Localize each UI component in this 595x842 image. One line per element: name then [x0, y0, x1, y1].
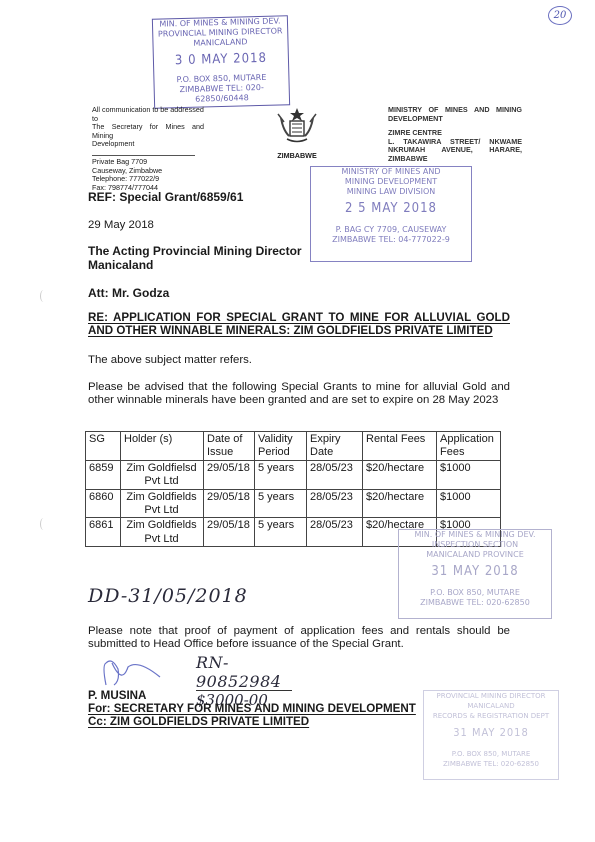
stamp-line: MINING LAW DIVISION: [311, 187, 471, 197]
table-row: 6859 Zim Goldfielsd Pvt Ltd 29/05/18 5 y…: [86, 460, 501, 489]
page-number-mark: 20: [548, 6, 572, 25]
subject-line2-text: AND OTHER WINNABLE MINERALS: ZIM GOLDFIE…: [88, 324, 493, 337]
header-application: Application Fees: [437, 432, 501, 461]
for-line-text: For: SECRETARY FOR MINES AND MINING DEVE…: [88, 702, 416, 715]
attention-line: Att: Mr. Godza: [88, 286, 169, 300]
cell-rental: $20/hectare: [363, 460, 437, 489]
stamp-line: MINING DEVELOPMENT: [311, 177, 471, 187]
stamp-line: MANICALAND PROVINCE: [399, 550, 551, 560]
table-row: 6860 Zim Goldfields Pvt Ltd 29/05/18 5 y…: [86, 489, 501, 518]
addressee: The Acting Provincial Mining Director Ma…: [88, 244, 302, 272]
addressee-line1: The Acting Provincial Mining Director: [88, 244, 302, 258]
cell-validity: 5 years: [255, 518, 307, 547]
letterhead-right-line6: ZIMBABWE: [388, 155, 522, 164]
paragraph-3: Please note that proof of payment of app…: [88, 625, 510, 652]
cell-holder: Zim Goldfields Pvt Ltd: [121, 518, 204, 547]
cell-holder: Zim Goldfielsd Pvt Ltd: [121, 460, 204, 489]
header-expiry: Expiry Date: [307, 432, 363, 461]
cell-expiry: 28/05/23: [307, 489, 363, 518]
cell-application: $1000: [437, 489, 501, 518]
header-validity: Validity Period: [255, 432, 307, 461]
stamp-line: ZIMBABWE TEL: 020-62850/60448: [155, 82, 289, 106]
stamp-line: P. BAG CY 7709, CAUSEWAY: [311, 225, 471, 235]
stamp-line: INSPECTION SECTION: [399, 540, 551, 550]
stamp-line: MINISTRY OF MINES AND: [311, 167, 471, 177]
cell-issue: 29/05/18: [204, 489, 255, 518]
header-holder: Holder (s): [121, 432, 204, 461]
cell-sg: 6861: [86, 518, 121, 547]
margin-mark: [40, 518, 47, 530]
cell-validity: 5 years: [255, 460, 307, 489]
signatory-name: P. MUSINA: [88, 689, 416, 702]
subject-line1-text: RE: APPLICATION FOR SPECIAL GRANT TO MIN…: [88, 311, 510, 324]
cc-line-text: Cc: ZIM GOLDFIELDS PRIVATE LIMITED: [88, 715, 309, 728]
cell-expiry: 28/05/23: [307, 460, 363, 489]
paragraph-1: The above subject matter refers.: [88, 354, 252, 367]
cell-issue: 29/05/18: [204, 460, 255, 489]
table-header-row: SG Holder (s) Date of Issue Validity Per…: [86, 432, 501, 461]
letterhead-left-line1: All communication to be addressed to: [92, 106, 204, 123]
cc-line: Cc: ZIM GOLDFIELDS PRIVATE LIMITED: [88, 715, 416, 728]
cell-rental: $20/hectare: [363, 489, 437, 518]
cell-application: $1000: [437, 460, 501, 489]
stamp-date: 2 5 MAY 2018: [311, 200, 471, 217]
header-date-of-issue: Date of Issue: [204, 432, 255, 461]
paragraph-2: Please be advised that the following Spe…: [88, 381, 510, 408]
stamp-line: ZIMBABWE TEL: 020-62850: [424, 759, 558, 769]
subject: RE: APPLICATION FOR SPECIAL GRANT TO MIN…: [88, 311, 510, 338]
cell-issue: 29/05/18: [204, 518, 255, 547]
reference: REF: Special Grant/6859/61: [88, 190, 243, 204]
cell-sg: 6860: [86, 489, 121, 518]
stamp-line: PROVINCIAL MINING DIRECTOR: [424, 691, 558, 701]
margin-mark: [40, 290, 47, 302]
stamp-line: MANICALAND: [424, 701, 558, 711]
receipt-number-text: RN-90852984: [196, 653, 296, 691]
header-rental: Rental Fees: [363, 432, 437, 461]
letterhead-right-line2: DEVELOPMENT: [388, 115, 522, 124]
coat-of-arms: ZIMBABWE: [270, 106, 324, 161]
stamp-date: 3 0 MAY 2018: [154, 49, 288, 70]
letterhead-divider: [92, 155, 195, 156]
stamp-line: ZIMBABWE TEL: 020-62850: [399, 598, 551, 608]
signatory: P. MUSINA For: SECRETARY FOR MINES AND M…: [88, 689, 416, 729]
subject-line1: RE: APPLICATION FOR SPECIAL GRANT TO MIN…: [88, 311, 510, 324]
letterhead-left-line2: The Secretary for Mines and Mining: [92, 123, 204, 140]
cell-holder: Zim Goldfields Pvt Ltd: [121, 489, 204, 518]
letterhead-left: All communication to be addressed to The…: [92, 106, 204, 192]
for-line: For: SECRETARY FOR MINES AND MINING DEVE…: [88, 702, 416, 715]
letterhead-right: MINISTRY OF MINES AND MINING DEVELOPMENT…: [388, 106, 522, 164]
letterhead-left-line3: Development: [92, 140, 204, 149]
stamp-line: MIN. OF MINES & MINING DEV.: [399, 530, 551, 540]
cell-sg: 6859: [86, 460, 121, 489]
page-number-text: 20: [554, 10, 567, 21]
stamp-line: RECORDS & REGISTRATION DEPT: [424, 711, 558, 721]
addressee-line2: Manicaland: [88, 258, 302, 272]
handwritten-received-date: DD-31/05/2018: [88, 585, 248, 607]
cell-validity: 5 years: [255, 489, 307, 518]
stamp-provincial-mining-director: MIN. OF MINES & MINING DEV. PROVINCIAL M…: [152, 15, 290, 109]
zimbabwe-coat-of-arms-icon: [275, 106, 319, 146]
cell-expiry: 28/05/23: [307, 518, 363, 547]
stamp-line: ZIMBABWE TEL: 04-777022-9: [311, 235, 471, 245]
stamp-line: P.O. BOX 850, MUTARE: [399, 588, 551, 598]
coat-of-arms-label: ZIMBABWE: [270, 152, 324, 161]
stamp-inspection-section: MIN. OF MINES & MINING DEV. INSPECTION S…: [398, 529, 552, 619]
stamp-date: 31 MAY 2018: [399, 563, 551, 580]
stamp-mining-law-division: MINISTRY OF MINES AND MINING DEVELOPMENT…: [310, 166, 472, 262]
subject-line2: AND OTHER WINNABLE MINERALS: ZIM GOLDFIE…: [88, 324, 510, 337]
stamp-line: P.O. BOX 850, MUTARE: [424, 749, 558, 759]
letter-date: 29 May 2018: [88, 219, 154, 232]
stamp-date: 31 MAY 2018: [424, 724, 558, 741]
header-sg: SG: [86, 432, 121, 461]
stamp-records-dept: PROVINCIAL MINING DIRECTOR MANICALAND RE…: [423, 690, 559, 780]
